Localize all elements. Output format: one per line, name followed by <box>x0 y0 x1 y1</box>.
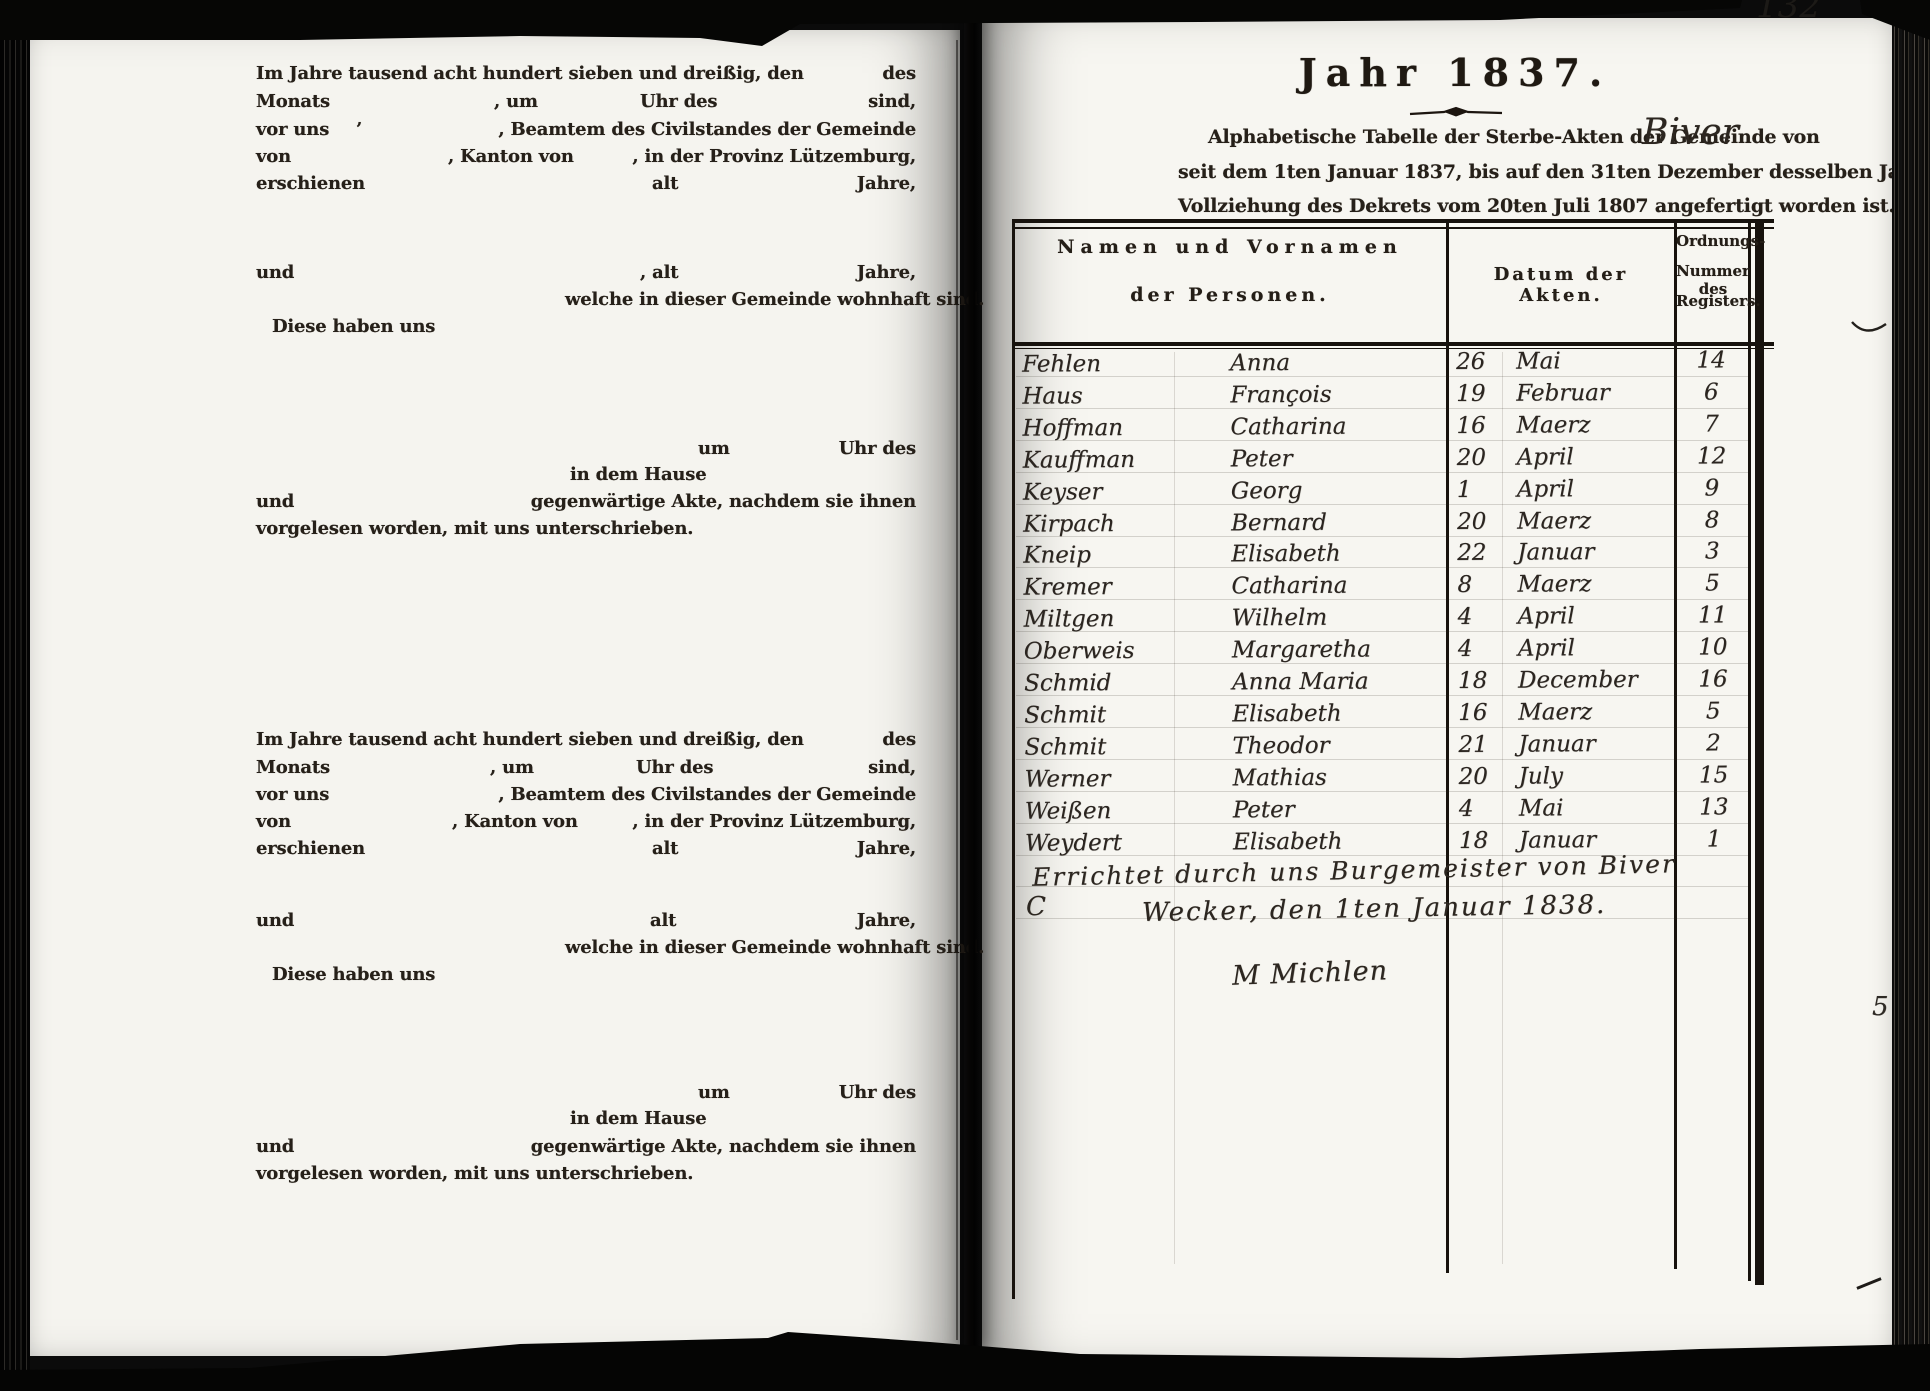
surname-cell: Weydert <box>1025 830 1122 857</box>
intro-line: seit dem 1ten Januar 1837, bis auf den 3… <box>1178 161 1930 183</box>
given-name-cell: Theodor <box>1232 733 1329 760</box>
register-number-cell: 1 <box>1685 826 1743 852</box>
margin-pen-curve-mark <box>1850 316 1890 338</box>
form-line: , Beamtem des Civilstandes der Gemeinde <box>498 119 916 140</box>
act-month-cell: April <box>1518 635 1575 661</box>
surname-cell: Werner <box>1025 766 1111 793</box>
header-register-number: Registers. <box>1676 292 1750 310</box>
register-number-cell: 15 <box>1685 762 1743 788</box>
book-edge-right <box>1892 0 1930 1391</box>
register-number-cell: 12 <box>1683 443 1741 469</box>
act-month-cell: April <box>1517 444 1574 470</box>
act-day-cell: 1 <box>1457 477 1472 503</box>
signature: M Michlen <box>1232 955 1389 991</box>
surname-cell: Kneip <box>1023 543 1091 569</box>
form-line: vorgelesen worden, mit uns unterschriebe… <box>256 1163 693 1184</box>
surname-cell: Kirpach <box>1023 511 1115 538</box>
surname-cell: Weißen <box>1025 798 1112 825</box>
stray-mark: ’ <box>356 119 362 140</box>
register-number-cell: 8 <box>1683 507 1741 533</box>
surname-cell: Kremer <box>1023 574 1111 601</box>
year-title: Jahr 1837. <box>1150 50 1760 95</box>
given-name-cell: Wilhelm <box>1232 605 1328 632</box>
form-line: , um <box>494 91 538 112</box>
form-line: , Kanton von <box>448 146 574 167</box>
register-number-cell: 3 <box>1683 539 1741 565</box>
form-line: Diese haben uns <box>272 964 435 985</box>
register-number-cell: 10 <box>1684 634 1742 660</box>
act-month-cell: Januar <box>1518 731 1595 757</box>
form-line: , alt <box>640 262 678 283</box>
given-name-cell: Catharina <box>1230 413 1346 440</box>
register-number-cell: 5 <box>1684 698 1742 724</box>
register-number-cell: 16 <box>1684 666 1742 692</box>
given-name-cell: Anna <box>1230 350 1290 376</box>
form-line: Im Jahre tausend acht hundert sieben und… <box>256 63 804 84</box>
act-month-cell: Mai <box>1519 795 1564 821</box>
surname-cell: Keyser <box>1023 479 1103 505</box>
form-line: vor uns <box>256 119 329 140</box>
act-day-cell: 4 <box>1458 604 1473 630</box>
header-date: Datum der Akten. <box>1450 264 1672 306</box>
table-top-rule-inner <box>1012 227 1774 229</box>
act-day-cell: 20 <box>1457 445 1486 471</box>
surname-cell: Schmid <box>1024 670 1112 697</box>
handwritten-place-name: Biver <box>1642 112 1739 153</box>
act-month-cell: December <box>1518 667 1638 694</box>
act-day-cell: 16 <box>1456 413 1485 439</box>
given-name-cell: Elisabeth <box>1232 701 1342 728</box>
book-edge-left <box>0 0 30 1391</box>
surname-cell: Kauffman <box>1023 447 1136 474</box>
given-name-cell: Peter <box>1233 797 1295 823</box>
surname-cell: Oberweis <box>1024 638 1135 665</box>
surname-cell: Hoffman <box>1022 415 1123 442</box>
act-month-cell: Maerz <box>1518 699 1592 725</box>
act-month-cell: Februar <box>1516 380 1610 407</box>
form-line: welche in dieser Gemeinde wohnhaft sind. <box>565 289 984 310</box>
act-month-cell: Maerz <box>1516 412 1590 438</box>
act-day-cell: 26 <box>1456 349 1485 375</box>
act-month-cell: Januar <box>1519 827 1596 853</box>
act-day-cell: 18 <box>1458 668 1487 694</box>
act-month-cell: Mai <box>1516 348 1561 374</box>
act-day-cell: 22 <box>1457 540 1486 566</box>
register-number-cell: 6 <box>1682 379 1740 405</box>
form-line: sind, <box>868 91 916 112</box>
given-name-cell: Georg <box>1231 478 1303 504</box>
act-day-cell: 18 <box>1459 827 1488 853</box>
header-names-sub: der Personen. <box>1020 284 1440 306</box>
header-bottom-rule <box>1012 342 1774 346</box>
act-day-cell: 4 <box>1459 795 1474 821</box>
given-name-cell: Elisabeth <box>1231 541 1341 568</box>
register-number-cell: 11 <box>1684 602 1742 628</box>
form-line: alt <box>650 910 676 931</box>
act-day-cell: 8 <box>1457 572 1472 598</box>
form-line: welche in dieser Gemeinde wohnhaft sind. <box>565 937 984 958</box>
act-month-cell: Maerz <box>1517 508 1591 534</box>
title-ornament-rule <box>1408 106 1504 120</box>
surname-cell: Schmit <box>1024 702 1106 728</box>
act-day-cell: 20 <box>1459 764 1488 790</box>
act-month-cell: Maerz <box>1517 571 1591 597</box>
form-line: Diese haben uns <box>272 316 435 337</box>
margin-numeral-mark: 5 <box>1872 992 1889 1022</box>
header-names: Namen und Vornamen <box>1020 236 1440 258</box>
given-name-cell: Catharina <box>1231 573 1347 600</box>
table-top-rule <box>1012 219 1774 223</box>
form-line: Jahre, <box>857 262 916 283</box>
given-name-cell: Peter <box>1231 446 1293 472</box>
form-line: alt <box>652 173 678 194</box>
header-register-number: Ordnungs- <box>1676 232 1750 250</box>
left-page-edge-shadow <box>956 40 958 1340</box>
form-line: und <box>256 910 294 931</box>
register-number-cell: 7 <box>1682 411 1740 437</box>
form-line: Uhr des <box>839 1082 916 1103</box>
act-day-cell: 4 <box>1458 636 1473 662</box>
given-name-cell: Elisabeth <box>1233 828 1343 855</box>
handwritten-page-number: 132 <box>1756 0 1821 26</box>
act-month-cell: April <box>1517 476 1574 502</box>
form-line: und <box>256 262 294 283</box>
given-name-cell: Mathias <box>1233 764 1327 791</box>
register-number-cell: 2 <box>1684 730 1742 756</box>
register-number-cell: 9 <box>1683 475 1741 501</box>
given-name-cell: Margaretha <box>1232 637 1371 664</box>
act-month-cell: April <box>1518 603 1575 629</box>
form-line: und <box>256 1136 294 1157</box>
act-day-cell: 19 <box>1456 381 1485 407</box>
act-day-cell: 16 <box>1458 700 1487 726</box>
act-day-cell: 21 <box>1458 732 1487 758</box>
form-line: , in der Provinz Lützemburg, <box>632 146 916 167</box>
given-name-cell: Bernard <box>1231 509 1327 536</box>
form-line: Monats <box>256 91 330 112</box>
form-line: von <box>256 146 291 167</box>
surname-cell: Fehlen <box>1022 351 1101 377</box>
surname-cell: Haus <box>1022 383 1083 409</box>
form-line: erschienen <box>256 173 365 194</box>
act-month-cell: Januar <box>1517 540 1594 566</box>
given-name-cell: François <box>1230 382 1332 409</box>
document-scan: Im Jahre tausend acht hundert sieben und… <box>0 0 1930 1391</box>
form-line: Jahre, <box>857 910 916 931</box>
form-line: Jahre, <box>857 173 916 194</box>
page-gutter <box>964 16 982 1346</box>
register-number-cell: 14 <box>1682 347 1740 373</box>
form-line: in dem Hause <box>570 1108 707 1129</box>
register-number-cell: 13 <box>1685 794 1743 820</box>
act-day-cell: 20 <box>1457 508 1486 534</box>
form-line: um <box>698 1082 730 1103</box>
intro-line: Vollziehung des Dekrets vom 20ten Juli 1… <box>1178 195 1895 217</box>
register-number-cell: 5 <box>1683 571 1741 597</box>
form-line: gegenwärtige Akte, nachdem sie ihnen <box>531 1136 916 1157</box>
given-name-cell: Anna Maria <box>1232 669 1369 696</box>
surname-cell: Miltgen <box>1024 606 1115 633</box>
act-month-cell: July <box>1519 763 1564 789</box>
form-line: Uhr des <box>640 91 717 112</box>
closing-initial: C <box>1026 892 1046 922</box>
surname-cell: Schmit <box>1024 734 1106 760</box>
form-line: des <box>882 63 916 84</box>
